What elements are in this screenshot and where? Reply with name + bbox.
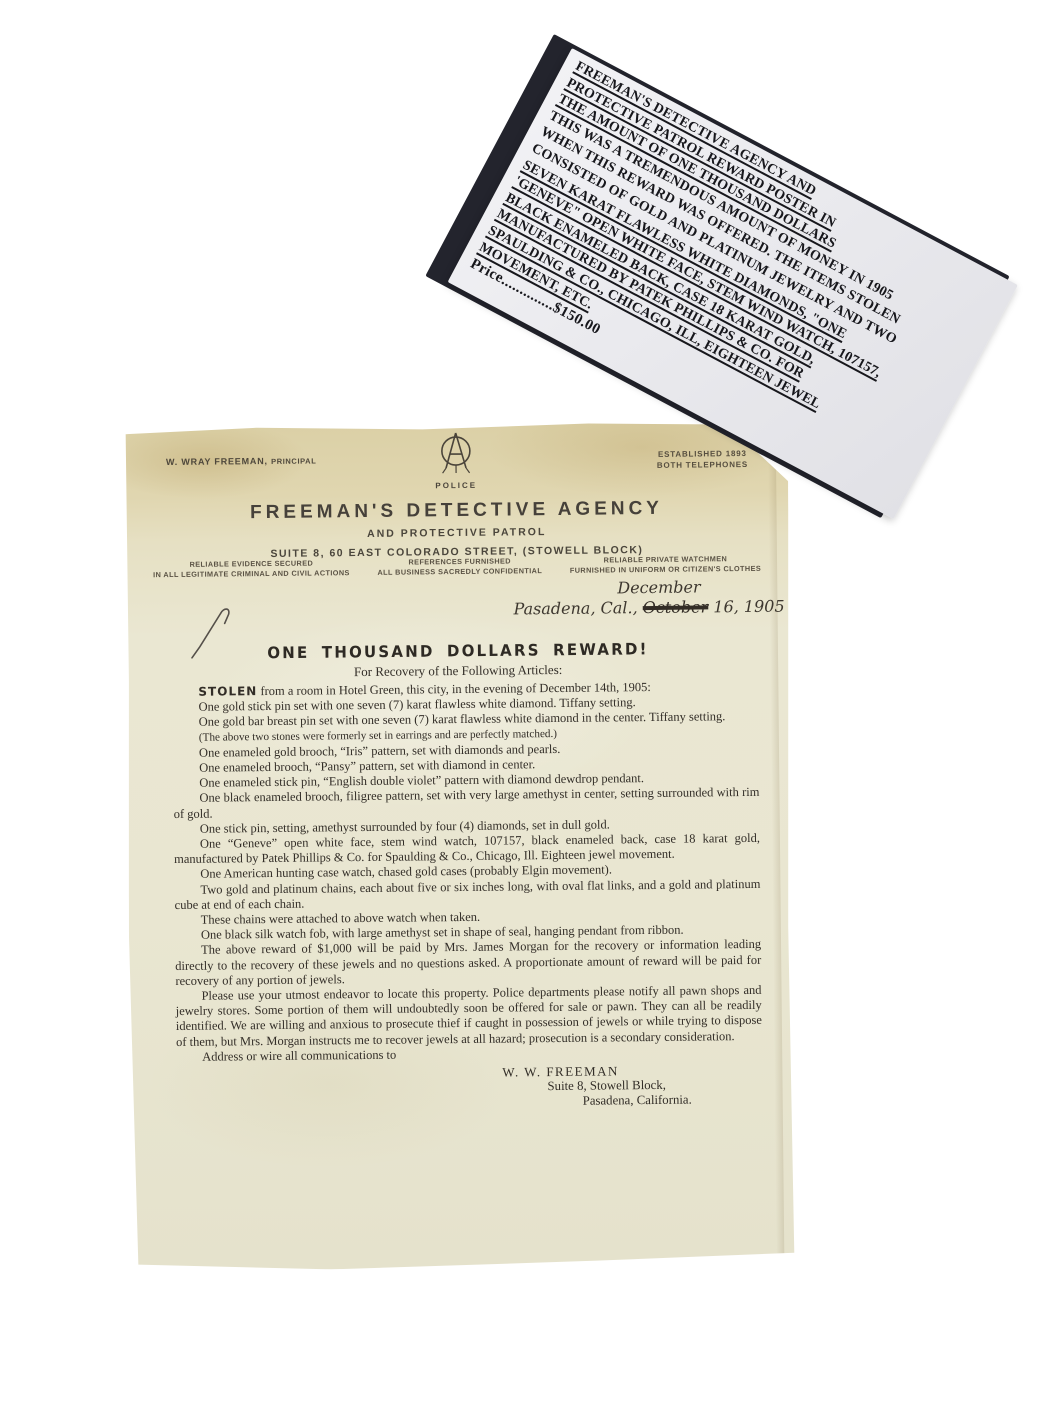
reward-terms-paragraph: The above reward of $1,000 will be paid …	[175, 937, 761, 989]
date-day-year: 16, 1905	[713, 597, 784, 617]
signature-city-line: Pasadena, California.	[583, 1092, 763, 1109]
principal-title-text: PRINCIPAL	[271, 456, 316, 465]
instructions-paragraph: Please use your utmost endeavor to locat…	[175, 983, 762, 1050]
police-label: POLICE	[430, 481, 482, 491]
strikethrough-word: October	[643, 597, 709, 617]
letterhead-column-right: RELIABLE PRIVATE WATCHMEN FURNISHED IN U…	[570, 554, 761, 576]
agency-subtitle: AND PROTECTIVE PATROL	[125, 524, 789, 543]
agency-title: FREEMAN'S DETECTIVE AGENCY	[124, 497, 788, 526]
principal-name-text: W. WRAY FREEMAN,	[166, 456, 268, 467]
signature-block: W. W. FREEMAN Suite 8, Stowell Block, Pa…	[176, 1062, 762, 1114]
photo-background: FREEMAN'S DETECTIVE AGENCY AND PROTECTIV…	[0, 0, 1060, 1413]
letter-body: STOLEN from a room in Hotel Green, this …	[172, 679, 762, 1114]
date-place: Pasadena, Cal.,	[513, 598, 637, 618]
handwritten-month: December	[617, 577, 700, 597]
established-block: ESTABLISHED 1893 BOTH TELEPHONES	[657, 448, 748, 471]
letterhead-column-left: RELIABLE EVIDENCE SECURED IN ALL LEGITIM…	[153, 558, 350, 580]
column-line: ALL BUSINESS SACREDLY CONFIDENTIAL	[377, 566, 542, 578]
item-paragraph: One “Geneve” open white face, stem wind …	[174, 831, 760, 868]
column-line: IN ALL LEGITIMATE CRIMINAL AND CIVIL ACT…	[153, 568, 350, 580]
agency-logo: POLICE	[430, 430, 483, 491]
telephones-line: BOTH TELEPHONES	[657, 459, 748, 471]
principal-name: W. WRAY FREEMAN, PRINCIPAL	[166, 455, 316, 467]
column-line: FURNISHED IN UNIFORM OR CITIZEN'S CLOTHE…	[570, 564, 761, 576]
police-monogram-icon	[430, 430, 482, 479]
handwritten-date: Pasadena, Cal., October 16, 1905	[513, 597, 784, 619]
reward-letter: W. WRAY FREEMAN, PRINCIPAL ESTABLISHED 1…	[124, 421, 797, 1272]
stolen-label: STOLEN	[198, 684, 257, 699]
letterhead-column-center: REFERENCES FURNISHED ALL BUSINESS SACRED…	[377, 556, 542, 578]
